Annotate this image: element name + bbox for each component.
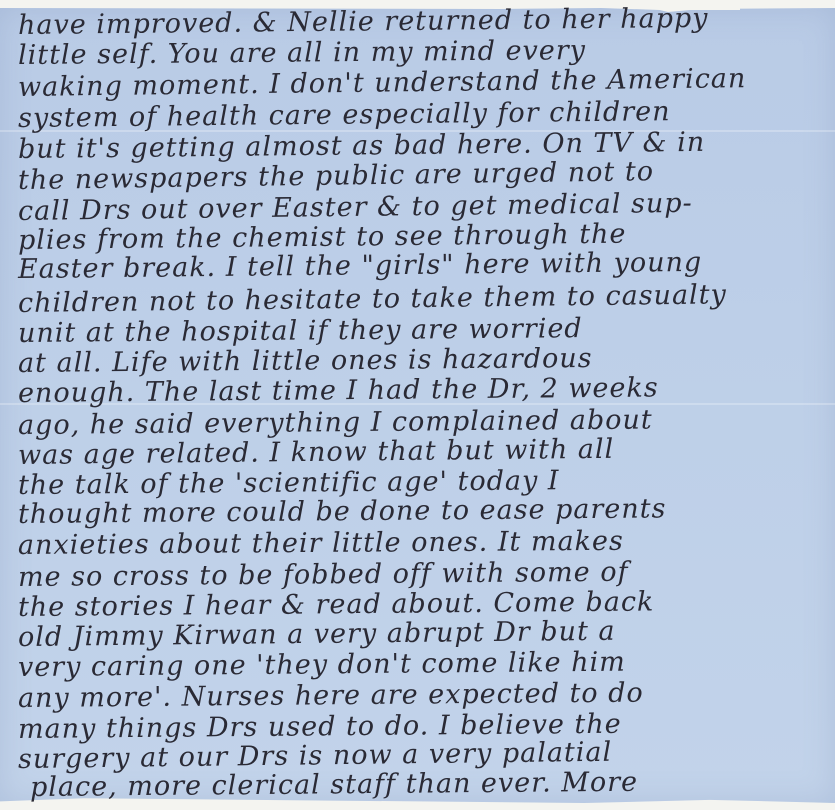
text-line: have improved. & Nellie returned to her … <box>18 3 709 41</box>
text-line: thought more could be done to ease paren… <box>18 493 667 530</box>
text-line: place, more clerical staff than ever. Mo… <box>30 767 638 803</box>
handwritten-text: have improved. & Nellie returned to her … <box>0 0 835 810</box>
text-line: enough. The last time I had the Dr, 2 we… <box>18 372 659 409</box>
text-line: Easter break. I tell the "girls" here wi… <box>18 247 703 285</box>
text-line: anxieties about their little ones. It ma… <box>18 526 624 561</box>
text-line: children not to hesitate to take them to… <box>18 279 727 319</box>
